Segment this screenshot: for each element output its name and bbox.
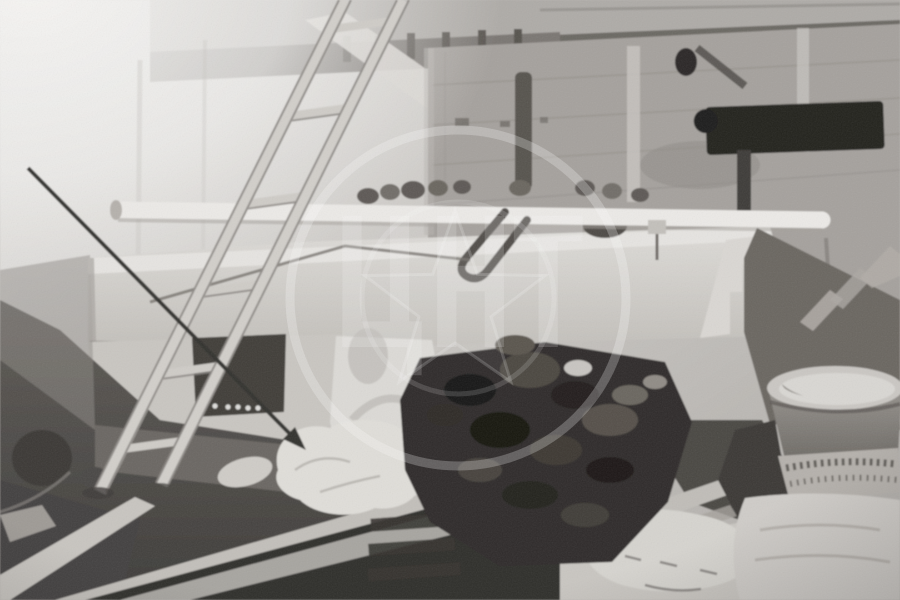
film-grain [0, 0, 900, 600]
archival-photo: ЦНТ [0, 0, 900, 600]
photo-canvas: ЦНТ [0, 0, 900, 600]
